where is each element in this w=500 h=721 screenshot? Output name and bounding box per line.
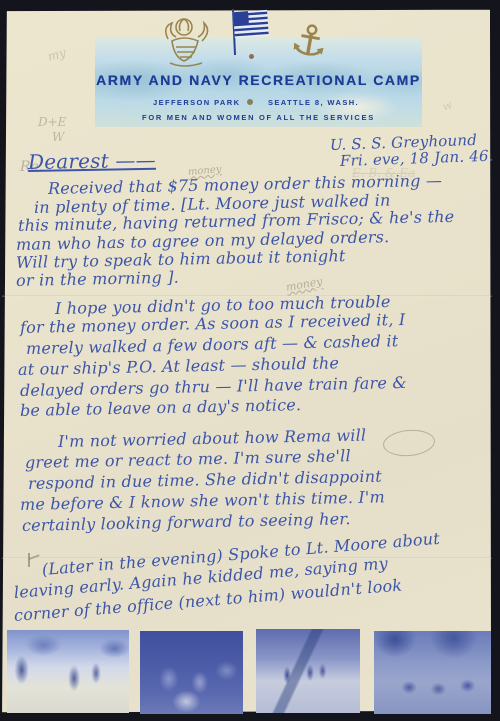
us-flag-icon (221, 7, 271, 62)
paper-tear-notch (490, 238, 500, 252)
separator-dot (247, 99, 253, 105)
letterhead-location-left: JEFFERSON PARK (153, 98, 240, 107)
scanned-letter-page: ⚓ ARMY AND NAVY RECREATIONAL CAMP JEFFER… (0, 0, 500, 721)
letterhead-tagline: FOR MEN AND WOMEN OF ALL THE SERVICES (95, 113, 422, 122)
photo-winter-snow-scene (7, 630, 129, 713)
grommet-dot (249, 54, 254, 59)
photo-horseback-riders (374, 631, 491, 714)
pencil-k-mark (28, 553, 39, 567)
pencil-margin-code-2: W (52, 130, 64, 144)
letterhead-title: ARMY AND NAVY RECREATIONAL CAMP (95, 72, 422, 88)
salutation: Dearest —— (28, 148, 156, 174)
letterhead-location-right: SEATTLE 8, WASH. (268, 98, 359, 107)
letter-line: or in the morning ]. (16, 268, 179, 290)
army-eagle-icon (158, 13, 216, 74)
photo-indoor-rink (256, 629, 360, 713)
photo-dance-hall-crowd (140, 631, 243, 714)
pencil-margin-code-1: D+E (38, 115, 66, 129)
